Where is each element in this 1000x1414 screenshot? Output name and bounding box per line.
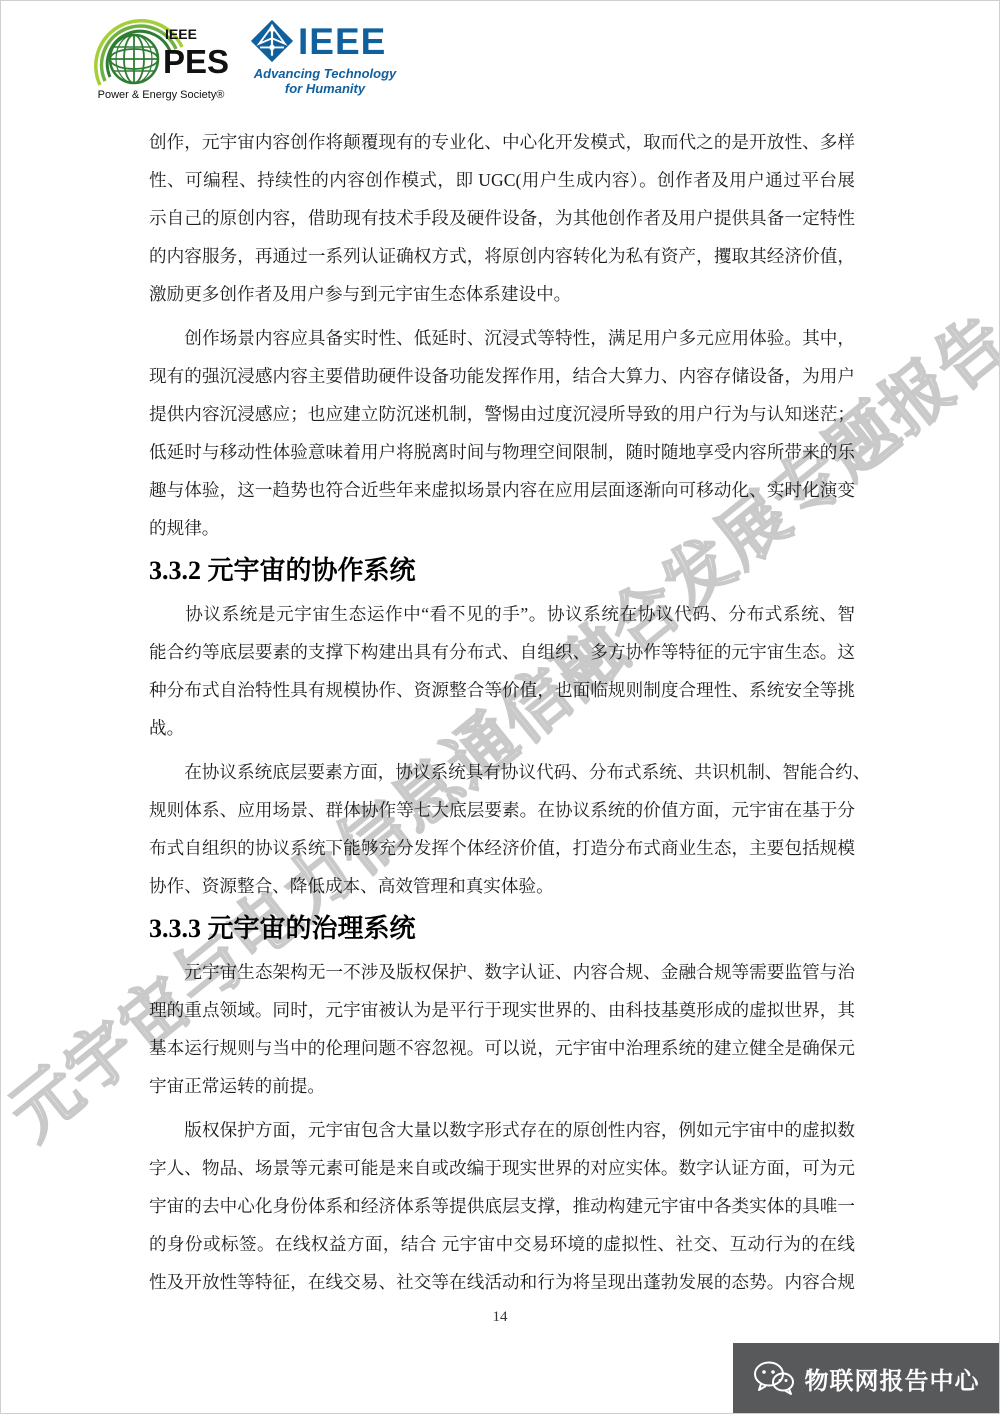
text-line: 基本运行规则与当中的伦理问题不容忽视。可以说，元宇宙中治理系统的建立健全是确保元 [149,1029,855,1067]
paragraph: 在协议系统底层要素方面，协议系统具有协议代码、分布式系统、共识机制、智能合约、规… [149,753,855,905]
text-line: 的内容服务，再通过一系列认证确权方式，将原创内容转化为私有资产，攫取其经济价值， [149,237,855,275]
ieee-wordmark: IEEE [298,23,386,60]
section-heading-3-3-2: 3.3.2 元宇宙的协作系统 [149,553,855,589]
pes-ieee-label: IEEE [165,26,197,42]
ieee-pes-logo-graphic: IEEE PES Power & Energy Society® [86,9,236,103]
section-heading-3-3-3: 3.3.3 元宇宙的治理系统 [149,911,855,947]
text-line: 元宇宙生态架构无一不涉及版权保护、数字认证、内容合规、金融合规等需要监管与治 [149,953,855,991]
text-line: 布式自组织的协议系统下能够充分发挥个体经济价值，打造分布式商业生态，主要包括规模 [149,829,855,867]
text-line: 创作场景内容应具备实时性、低延时、沉浸式等特性，满足用户多元应用体验。其中， [149,319,855,357]
text-line: 的身份或标签。在线权益方面，结合 元宇宙中交易环境的虚拟性、社交、互动行为的在线 [149,1225,855,1263]
text-line: 理的重点领域。同时，元宇宙被认为是平行于现实世界的、由科技基奠形成的虚拟世界，其 [149,991,855,1029]
page-number: 14 [1,1309,999,1326]
text-line: 协议系统是元宇宙生态运作中“看不见的手”。协议系统在协议代码、分布式系统、智 [149,595,855,633]
ieee-pes-logo: IEEE PES Power & Energy Society® [86,9,236,103]
ieee-logo: IEEE Advancing Technology for Humanity [250,9,400,97]
text-line: 规则体系、应用场景、群体协作等七大底层要素。在协议系统的价值方面，元宇宙在基于分 [149,791,855,829]
text-line: 趣与体验，这一趋势也符合近些年来虚拟场景内容在应用层面逐渐向可移动化、实时化演变 [149,471,855,509]
ieee-diamond-icon [250,19,294,63]
document-page: IEEE PES Power & Energy Society® IEEE Ad… [0,0,1000,1414]
text-line: 低延时与移动性体验意味着用户将脱离时间与物理空间限制，随时随地享受内容所带来的乐 [149,433,855,471]
text-line: 宇宙的去中心化身份体系和经济体系等提供底层支撑，推动构建元宇宙中各类实体的具唯一 [149,1187,855,1225]
ieee-tagline-line1: Advancing Technology [250,67,400,82]
ieee-tagline-line2: for Humanity [250,82,400,97]
text-line: 种分布式自治特性具有规模协作、资源整合等价值，也面临规则制度合理性、系统安全等挑 [149,671,855,709]
paragraph: 协议系统是元宇宙生态运作中“看不见的手”。协议系统在协议代码、分布式系统、智能合… [149,595,855,747]
text-line: 的规律。 [149,509,855,547]
text-line: 宇宙正常运转的前提。 [149,1067,855,1105]
footer-stamp: 物联网报告中心 [733,1343,999,1413]
header-logos: IEEE PES Power & Energy Society® IEEE Ad… [86,9,400,109]
text-line: 字人、物品、场景等元素可能是来自或改编于现实世界的对应实体。数字认证方面，可为元 [149,1149,855,1187]
text-line: 创作，元宇宙内容创作将颠覆现有的专业化、中心化开发模式，取而代之的是开放性、多样 [149,123,855,161]
text-line: 战。 [149,709,855,747]
text-line: 现有的强沉浸感内容主要借助硬件设备功能发挥作用，结合大算力、内容存储设备，为用户 [149,357,855,395]
text-line: 示自己的原创内容，借助现有技术手段及硬件设备，为其他创作者及用户提供具备一定特性 [149,199,855,237]
paragraph: 元宇宙生态架构无一不涉及版权保护、数字认证、内容合规、金融合规等需要监管与治理的… [149,953,855,1105]
pes-tagline: Power & Energy Society® [98,89,225,101]
text-line: 版权保护方面，元宇宙包含大量以数字形式存在的原创性内容，例如元宇宙中的虚拟数 [149,1111,855,1149]
wechat-icon [753,1360,795,1396]
text-line: 激励更多创作者及用户参与到元宇宙生态体系建设中。 [149,275,855,313]
text-line: 性、可编程、持续性的内容创作模式，即 UGC(用户生成内容）。创作者及用户通过平… [149,161,855,199]
paragraph: 版权保护方面，元宇宙包含大量以数字形式存在的原创性内容，例如元宇宙中的虚拟数字人… [149,1111,855,1301]
footer-stamp-label: 物联网报告中心 [805,1361,980,1396]
text-line: 提供内容沉浸感应；也应建立防沉迷机制，警惕由过度沉浸所导致的用户行为与认知迷茫； [149,395,855,433]
paragraph: 创作，元宇宙内容创作将颠覆现有的专业化、中心化开发模式，取而代之的是开放性、多样… [149,123,855,313]
text-line: 在协议系统底层要素方面，协议系统具有协议代码、分布式系统、共识机制、智能合约、 [149,753,855,791]
text-line: 协作、资源整合、降低成本、高效管理和真实体验。 [149,867,855,905]
text-line: 能合约等底层要素的支撑下构建出具有分布式、自组织、多方协作等特征的元宇宙生态。这 [149,633,855,671]
document-body: 创作，元宇宙内容创作将颠覆现有的专业化、中心化开发模式，取而代之的是开放性、多样… [149,123,855,1307]
text-line: 性及开放性等特征，在线交易、社交等在线活动和行为将呈现出蓬勃发展的态势。内容合规 [149,1263,855,1301]
pes-label: PES [163,43,229,80]
paragraph: 创作场景内容应具备实时性、低延时、沉浸式等特性，满足用户多元应用体验。其中，现有… [149,319,855,547]
